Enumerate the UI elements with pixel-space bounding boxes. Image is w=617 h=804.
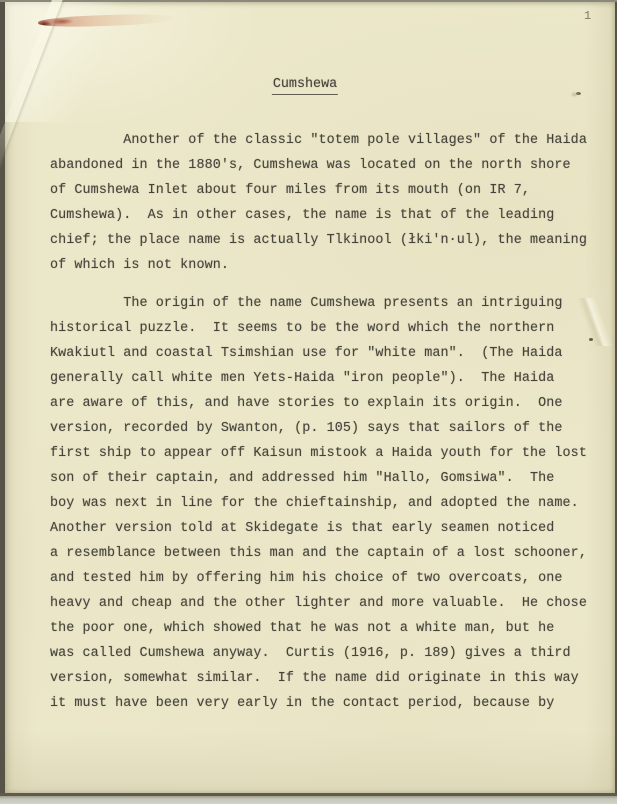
text-line: of which is not known. [50, 253, 610, 278]
text-line: heavy and cheap and the other lighter an… [50, 591, 610, 616]
text-line: historical puzzle. It seems to be the wo… [50, 316, 610, 341]
scan-edge-bottom [0, 795, 617, 804]
text-line: Kwakiutl and coastal Tsimshian use for "… [50, 341, 610, 366]
paper-speck [576, 92, 581, 95]
text-line: and tested him by offering him his choic… [50, 566, 610, 591]
text-line: Another of the classic "totem pole villa… [50, 128, 610, 153]
page-title: Cumshewa [272, 77, 338, 95]
text-line: son of their captain, and addressed him … [50, 466, 610, 491]
text-line: it must have been very early in the cont… [50, 691, 610, 716]
text-line: first ship to appear off Kaisun mistook … [50, 441, 610, 466]
text-line: of Cumshewa Inlet about four miles from … [50, 178, 610, 203]
text-line: chief; the place name is actually Tlkino… [50, 228, 610, 253]
text-line: Another version told at Skidegate is tha… [50, 516, 610, 541]
typewritten-body: Another of the classic "totem pole villa… [50, 128, 610, 716]
manuscript-page: 1 Cumshewa Another of the classic "totem… [5, 2, 615, 793]
text-line: are aware of this, and have stories to e… [50, 391, 610, 416]
text-line: The origin of the name Cumshewa presents… [50, 291, 610, 316]
text-line: version, somewhat similar. If the name d… [50, 666, 610, 691]
text-line: a resemblance between this man and the c… [50, 541, 610, 566]
scanned-page-background: 1 Cumshewa Another of the classic "totem… [0, 0, 617, 804]
text-line: boy was next in line for the chieftainsh… [50, 491, 610, 516]
text-line: abandoned in the 1880's, Cumshewa was lo… [50, 153, 610, 178]
page-number: 1 [584, 9, 591, 23]
text-line: was called Cumshewa anyway. Curtis (1916… [50, 641, 610, 666]
text-line: Cumshewa). As in other cases, the name i… [50, 203, 610, 228]
paragraph: The origin of the name Cumshewa presents… [50, 291, 610, 716]
text-line: generally call white men Yets-Haida "iro… [50, 366, 610, 391]
scan-edge-bottom-line [0, 793, 617, 796]
paragraph: Another of the classic "totem pole villa… [50, 128, 610, 278]
text-line: version, recorded by Swanton, (p. 105) s… [50, 416, 610, 441]
text-line: the poor one, which showed that he was n… [50, 616, 610, 641]
